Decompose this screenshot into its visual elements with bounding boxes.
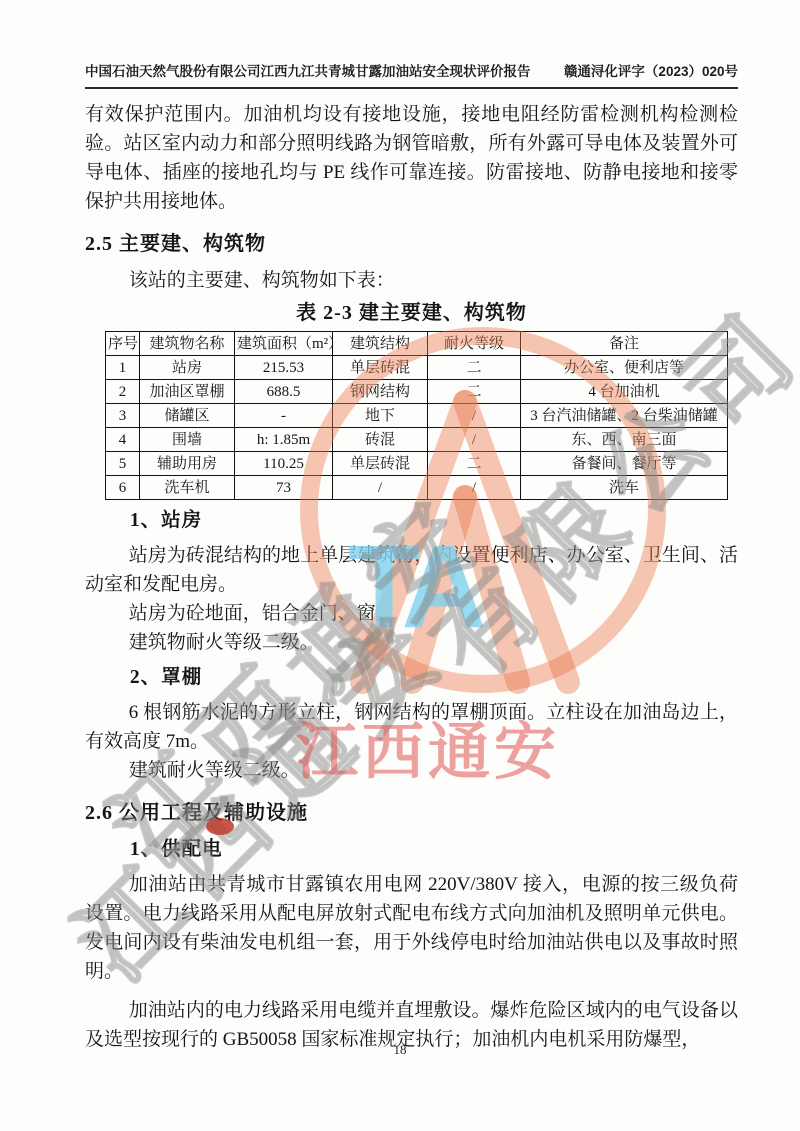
paragraph-station-house-1: 站房为砖混结构的地上单层建筑物，内设置便利店、办公室、卫生间、活动室和发配电房。: [85, 541, 738, 599]
cell-seq: 4: [106, 428, 140, 452]
sub-heading-canopy: 2、罩棚: [130, 663, 738, 692]
cell-remark: 备餐间、餐厅等: [521, 452, 728, 476]
cell-area: 215.53: [235, 356, 333, 380]
doc-number: 赣通浔化评字（2023）020号: [564, 60, 738, 80]
col-header-seq: 序号: [106, 332, 140, 356]
cell-name: 加油区罩棚: [140, 380, 235, 404]
cell-fire-rating: /: [428, 404, 521, 428]
table-row: 3 储罐区 - 地下 / 3 台汽油储罐、2 台柴油储罐: [106, 404, 728, 428]
cell-seq: 2: [106, 380, 140, 404]
col-header-fire-rating: 耐火等级: [428, 332, 521, 356]
paragraph-canopy-1: 6 根钢筋水泥的方形立柱，钢网结构的罩棚顶面。立柱设在加油岛边上，有效高度 7m…: [85, 698, 738, 756]
sub-heading-station-house: 1、站房: [130, 506, 738, 535]
cell-seq: 3: [106, 404, 140, 428]
col-header-area: 建筑面积（m²）: [235, 332, 333, 356]
cell-area: 110.25: [235, 452, 333, 476]
cell-fire-rating: 二: [428, 380, 521, 404]
paragraph-power-2: 加油站内的电力线路采用电缆并直埋敷设。爆炸危险区域内的电气设备以及选型按现行的 …: [85, 996, 738, 1054]
buildings-table: 序号 建筑物名称 建筑面积（m²） 建筑结构 耐火等级 备注 1 站房 215.…: [105, 331, 728, 500]
page-header: 中国石油天然气股份有限公司江西九江共青城甘露加油站安全现状评价报告 赣通浔化评字…: [85, 60, 738, 80]
cell-name: 储罐区: [140, 404, 235, 428]
cell-name: 洗车机: [140, 476, 235, 500]
paragraph-grounding: 有效保护范围内。加油机均设有接地设施，接地电阻经防雷检测机构检测检验。站区室内动…: [85, 100, 738, 216]
cell-seq: 1: [106, 356, 140, 380]
cell-area: -: [235, 404, 333, 428]
paragraph-canopy-2: 建筑耐火等级二级。: [85, 756, 738, 785]
cell-remark: 4 台加油机: [521, 380, 728, 404]
cell-area: h: 1.85m: [235, 428, 333, 452]
section-2-5-heading: 2.5 主要建、构筑物: [85, 230, 738, 258]
cell-name: 围墙: [140, 428, 235, 452]
col-header-structure: 建筑结构: [333, 332, 428, 356]
table-caption: 表 2-3 建主要建、构筑物: [85, 299, 738, 328]
col-header-remark: 备注: [521, 332, 728, 356]
cell-remark: 3 台汽油储罐、2 台柴油储罐: [521, 404, 728, 428]
cell-fire-rating: /: [428, 428, 521, 452]
header-divider: [85, 87, 738, 89]
cell-fire-rating: 二: [428, 356, 521, 380]
cell-name: 站房: [140, 356, 235, 380]
cell-structure: 单层砖混: [333, 452, 428, 476]
table-row: 6 洗车机 73 / / 洗车: [106, 476, 728, 500]
cell-area: 73: [235, 476, 333, 500]
cell-area: 688.5: [235, 380, 333, 404]
report-title: 中国石油天然气股份有限公司江西九江共青城甘露加油站安全现状评价报告: [85, 60, 531, 80]
document-page: 中国石油天然气股份有限公司江西九江共青城甘露加油站安全现状评价报告 赣通浔化评字…: [0, 0, 800, 1131]
table-row: 1 站房 215.53 单层砖混 二 办公室、便利店等: [106, 356, 728, 380]
sub-heading-power-supply: 1、供配电: [130, 835, 738, 864]
cell-seq: 6: [106, 476, 140, 500]
cell-seq: 5: [106, 452, 140, 476]
cell-structure: /: [333, 476, 428, 500]
cell-structure: 钢网结构: [333, 380, 428, 404]
col-header-name: 建筑物名称: [140, 332, 235, 356]
section-2-5-intro: 该站的主要建、构筑物如下表：: [85, 266, 738, 295]
cell-remark: 办公室、便利店等: [521, 356, 728, 380]
cell-name: 辅助用房: [140, 452, 235, 476]
table-row: 4 围墙 h: 1.85m 砖混 / 东、西、南三面: [106, 428, 728, 452]
paragraph-power-1: 加油站由共青城市甘露镇农用电网 220V/380V 接入，电源的按三级负荷设置。…: [85, 870, 738, 986]
cell-structure: 地下: [333, 404, 428, 428]
cell-fire-rating: /: [428, 476, 521, 500]
cell-remark: 东、西、南三面: [521, 428, 728, 452]
cell-remark: 洗车: [521, 476, 728, 500]
cell-fire-rating: 二: [428, 452, 521, 476]
table-header-row: 序号 建筑物名称 建筑面积（m²） 建筑结构 耐火等级 备注: [106, 332, 728, 356]
document-body: 有效保护范围内。加油机均设有接地设施，接地电阻经防雷检测机构检测检验。站区室内动…: [85, 100, 738, 1054]
cell-structure: 砖混: [333, 428, 428, 452]
table-row: 5 辅助用房 110.25 单层砖混 二 备餐间、餐厅等: [106, 452, 728, 476]
paragraph-station-house-3: 建筑物耐火等级二级。: [85, 628, 738, 657]
paragraph-station-house-2: 站房为砼地面，铝合金门、窗。: [85, 599, 738, 628]
section-2-6-heading: 2.6 公用工程及辅助设施: [85, 799, 738, 827]
table-row: 2 加油区罩棚 688.5 钢网结构 二 4 台加油机: [106, 380, 728, 404]
cell-structure: 单层砖混: [333, 356, 428, 380]
